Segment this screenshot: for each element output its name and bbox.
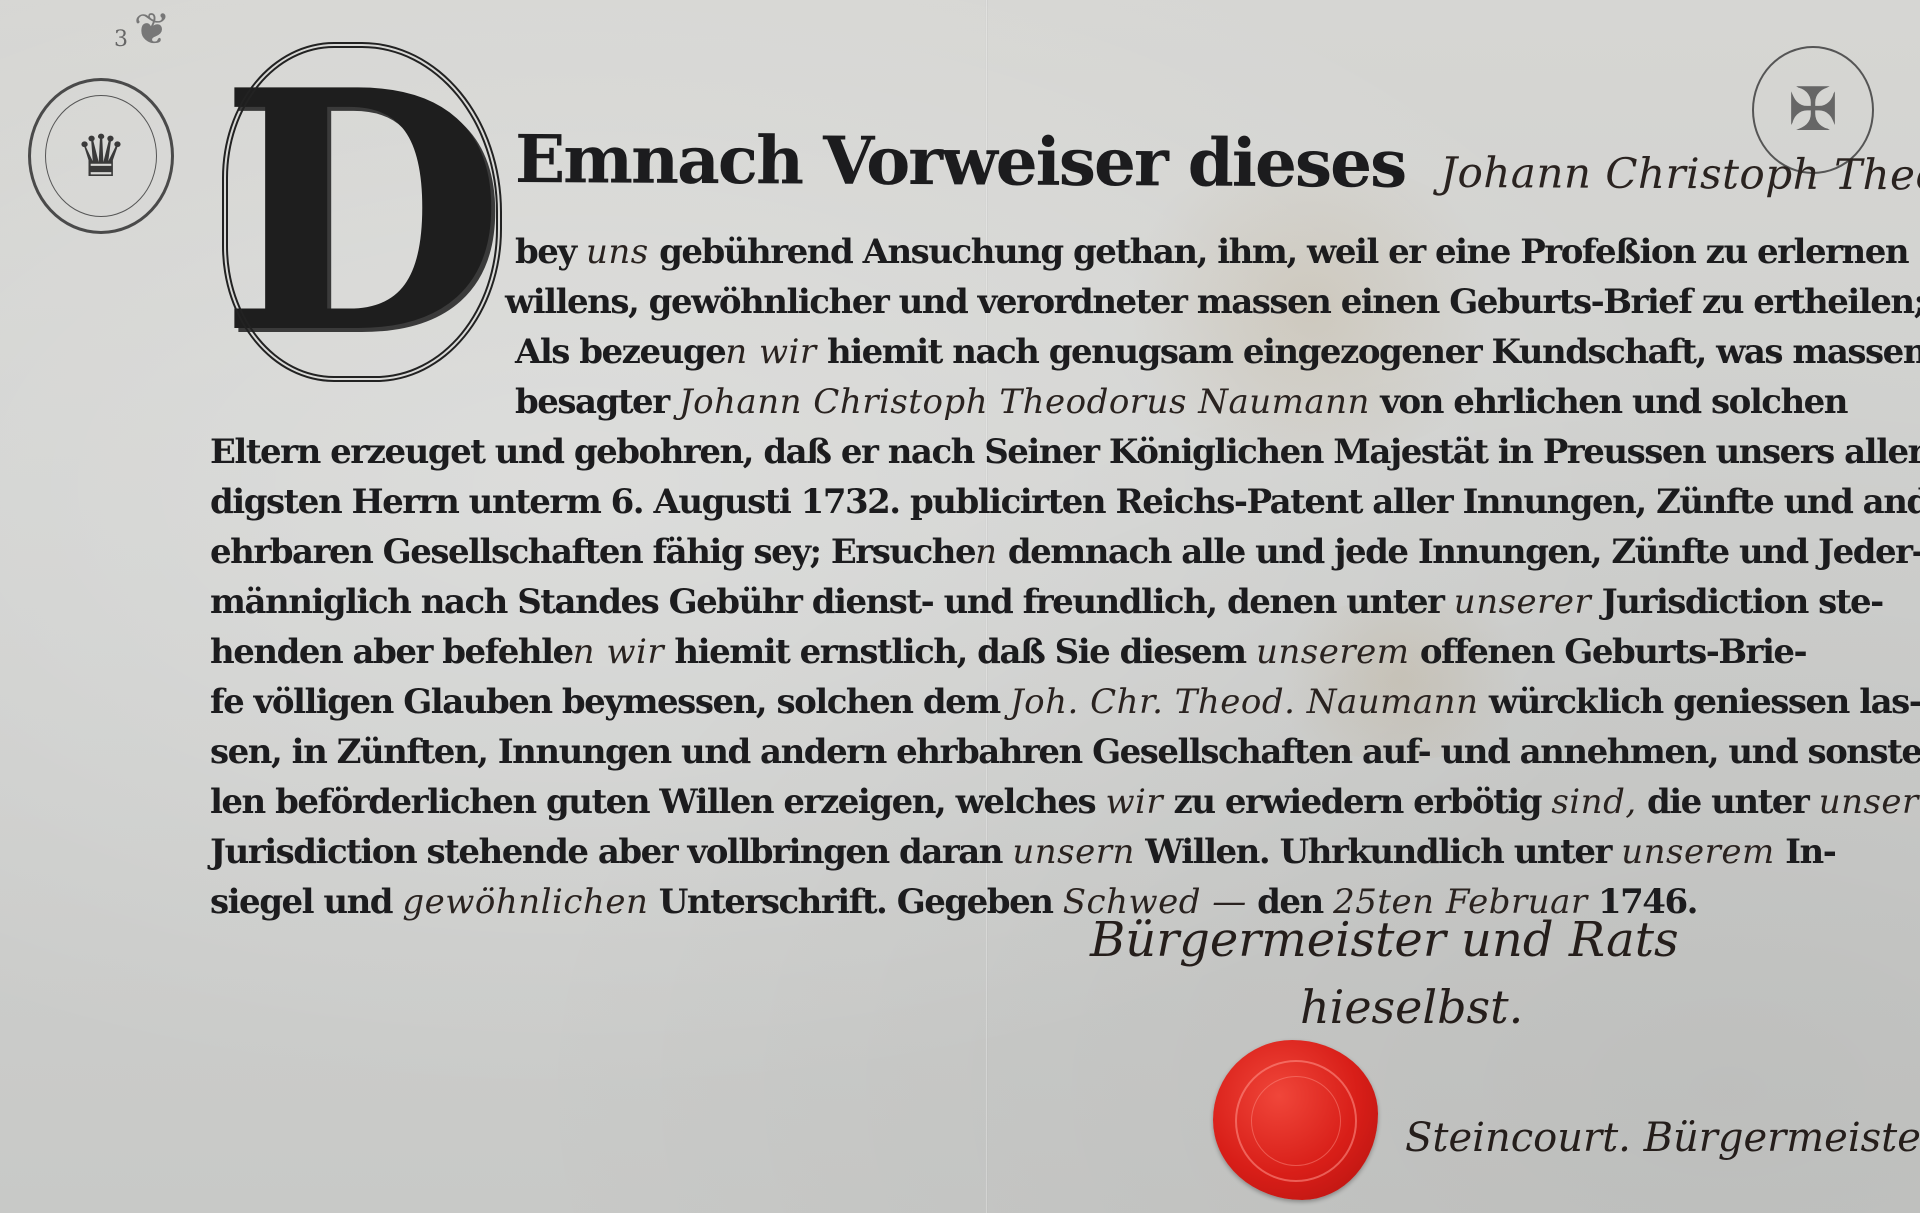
printed-text: willens, gewöhnlicher und verordneter ma… xyxy=(505,282,1920,322)
text-line: len beförderlichen guten Willen erzeigen… xyxy=(210,782,1920,822)
handwritten-text: n xyxy=(975,532,997,572)
printed-text: die unter xyxy=(1637,782,1819,822)
text-line: henden aber befehlen wir hiemit ernstlic… xyxy=(210,632,1806,672)
crown-ornament-icon: ❦ xyxy=(134,4,171,55)
printed-text: sen, in Zünften, Innungen und andern ehr… xyxy=(210,732,1920,772)
printed-text: Als bezeuge xyxy=(515,332,725,372)
handwritten-text: unserem xyxy=(1256,632,1409,672)
handwritten-text: sind, xyxy=(1551,782,1636,822)
printed-text: henden aber befehle xyxy=(210,632,573,672)
printed-text: männiglich nach Standes Gebühr dienst- u… xyxy=(210,582,1454,622)
printed-text: gebührend Ansuchung gethan, ihm, weil er… xyxy=(649,232,1908,272)
embossed-stamp: 3 ❦ xyxy=(92,0,212,68)
text-line: Eltern erzeuget und gebohren, daß er nac… xyxy=(210,432,1920,472)
prussian-eagle-icon: ♛ xyxy=(75,122,127,190)
printed-text: besagter xyxy=(515,382,679,422)
printed-text: hiemit ernstlich, daß Sie diesem xyxy=(664,632,1256,672)
printed-text: würcklich geniessen las- xyxy=(1478,682,1920,722)
title-printed: Emnach Vorweiser dieses xyxy=(515,120,1406,203)
text-line: sen, in Zünften, Innungen und andern ehr… xyxy=(210,732,1920,772)
text-line: männiglich nach Standes Gebühr dienst- u… xyxy=(210,582,1883,622)
handwritten-text: n wir xyxy=(573,632,664,672)
printed-text: fe völligen Glauben beymessen, solchen d… xyxy=(210,682,1010,722)
text-line: digsten Herrn unterm 6. Augusti 1732. pu… xyxy=(210,482,1920,522)
red-wax-seal xyxy=(1213,1040,1378,1200)
handwritten-text: unsern xyxy=(1012,832,1135,872)
signature-location: hieselbst. xyxy=(1300,980,1523,1034)
handwritten-text: unserer xyxy=(1454,582,1592,622)
printed-text: Jurisdiction ste- xyxy=(1591,582,1882,622)
printed-text: ehrbaren Gesellschaften fähig sey; Ersuc… xyxy=(210,532,975,572)
text-line: Jurisdiction stehende aber vollbringen d… xyxy=(210,832,1835,872)
handwritten-text: Johann Christoph Theodorus Naumann xyxy=(679,382,1370,422)
title-handwritten-name: Johann Christoph Theodorus Naum xyxy=(1440,148,1920,201)
seal-impression xyxy=(1235,1060,1357,1182)
handwritten-text: Joh. Chr. Theod. Naumann xyxy=(1010,682,1478,722)
printed-text: digsten Herrn unterm 6. Augusti 1732. pu… xyxy=(210,482,1920,522)
printed-text: bey xyxy=(515,232,586,272)
printed-text: Jurisdiction stehende aber vollbringen d… xyxy=(210,832,1012,872)
text-line: bey uns gebührend Ansuchung gethan, ihm,… xyxy=(515,232,1908,272)
stamp-number: 3 xyxy=(114,10,128,70)
text-line: besagter Johann Christoph Theodorus Naum… xyxy=(515,382,1847,422)
printed-text: Eltern erzeuget und gebohren, daß er nac… xyxy=(210,432,1920,472)
armen-directorium-stamp: ♛ xyxy=(28,78,174,234)
handwritten-text: unserer xyxy=(1819,782,1920,822)
printed-text: siegel und xyxy=(210,882,402,922)
handwritten-text: uns xyxy=(586,232,649,272)
printed-text: demnach alle und jede Innungen, Zünfte u… xyxy=(998,532,1920,572)
printed-text: zu erwiedern erbötig xyxy=(1163,782,1551,822)
text-line: fe völligen Glauben beymessen, solchen d… xyxy=(210,682,1920,722)
printed-text: von ehrlichen und solchen xyxy=(1370,382,1847,422)
signature-mayor: Steincourt. Bürgermeister xyxy=(1405,1115,1920,1161)
handwritten-text: n wir xyxy=(725,332,816,372)
text-line: ehrbaren Gesellschaften fähig sey; Ersuc… xyxy=(210,532,1920,572)
text-line: willens, gewöhnlicher und verordneter ma… xyxy=(505,282,1920,322)
printed-text: Willen. Uhrkundlich unter xyxy=(1135,832,1621,872)
printed-text: In- xyxy=(1775,832,1836,872)
handwritten-text: wir xyxy=(1105,782,1163,822)
signature-authority: Bürgermeister und Rats xyxy=(1090,912,1679,968)
printed-text: offenen Geburts-Brie- xyxy=(1409,632,1806,672)
printed-text: len beförderlichen guten Willen erzeigen… xyxy=(210,782,1105,822)
decorated-initial: D xyxy=(212,22,512,402)
text-line: Als bezeugen wir hiemit nach genugsam ei… xyxy=(515,332,1920,372)
printed-text: Unterschrift. Gegeben xyxy=(648,882,1062,922)
handwritten-text: unserem xyxy=(1621,832,1774,872)
printed-text: hiemit nach genugsam eingezogener Kundsc… xyxy=(817,332,1920,372)
handwritten-text: gewöhnlichen xyxy=(402,882,648,922)
title-line: Emnach Vorweiser dieses Johann Christoph… xyxy=(515,120,1920,207)
